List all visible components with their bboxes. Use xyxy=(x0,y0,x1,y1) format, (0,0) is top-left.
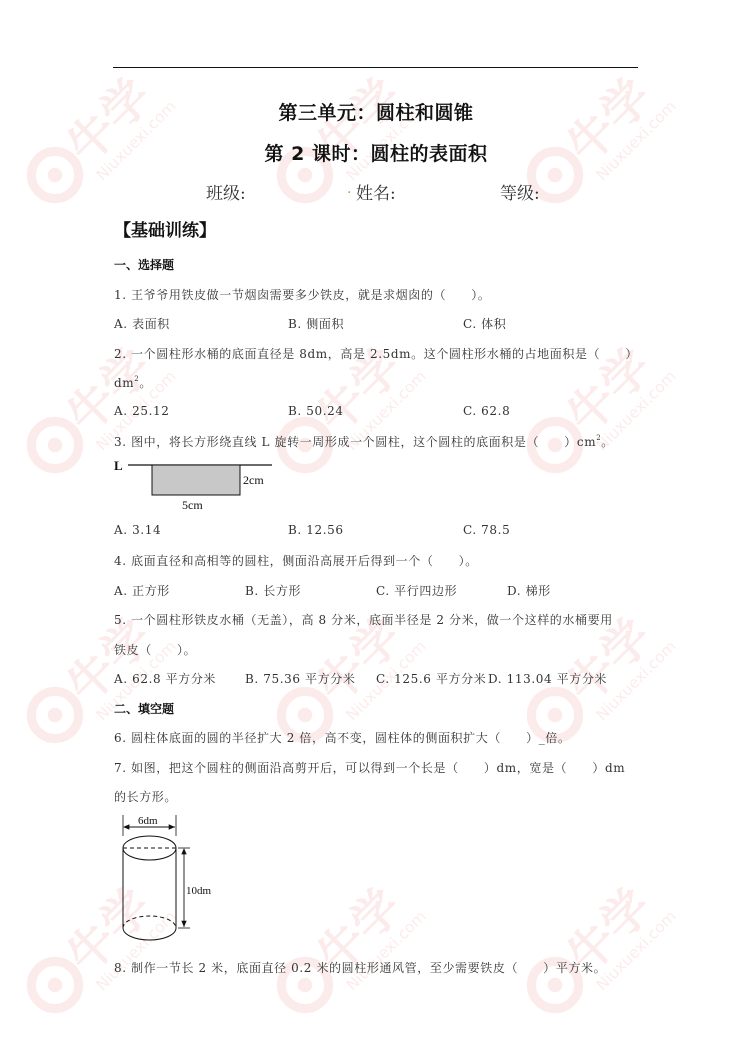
top-ellipse-front xyxy=(123,848,176,860)
q3-option-a: A. 3.14 xyxy=(114,523,161,537)
question-2: 2. 一个圆柱形水桶的底面直径是 8dm，高是 2.5dm。这个圆柱形水桶的占地… xyxy=(114,345,638,362)
punctuation: 。 xyxy=(601,435,614,449)
question-text: 一个圆柱形水桶的底面直径是 8dm，高是 2.5dm。这个圆柱形水桶的占地面积是… xyxy=(131,347,638,361)
q2-option-b: B. 50.24 xyxy=(288,404,344,418)
punctuation: 。 xyxy=(139,376,152,390)
question-number: 5. xyxy=(114,613,127,627)
class-label: 班级: xyxy=(206,179,246,204)
worksheet-page: 第三单元：圆柱和圆锥 第 2 课时：圆柱的表面积 班级: . 姓名: 等级: 【… xyxy=(0,0,752,1064)
question-number: 2. xyxy=(114,347,127,361)
grade-label: 等级: xyxy=(500,179,540,204)
q1-option-c: C. 体积 xyxy=(463,315,506,332)
question-text: 制作一节长 2 米，底面直径 0.2 米的圆柱形通风管，至少需要铁皮（ ）平方米… xyxy=(131,961,606,975)
q3-option-c: C. 78.5 xyxy=(463,523,510,537)
question-3: 3. 图中，将长方形绕直线 L 旋转一周形成一个圆柱，这个圆柱的底面积是（ ）c… xyxy=(114,433,614,450)
info-dot: . xyxy=(347,181,351,197)
question-5: 5. 一个圆柱形铁皮水桶（无盖），高 8 分米，底面半径是 2 分米，做一个这样… xyxy=(114,611,613,628)
q4-option-b: B. 长方形 xyxy=(245,582,301,599)
question-2-cont: dm2。 xyxy=(114,374,152,391)
q3-option-b: B. 12.56 xyxy=(288,523,344,537)
section-title: 【基础训练】 xyxy=(114,216,216,241)
unit-text: dm xyxy=(114,376,134,390)
unit-title: 第三单元：圆柱和圆锥 xyxy=(0,98,752,125)
question-text: 一个圆柱形铁皮水桶（无盖），高 8 分米，底面半径是 2 分米，做一个这样的水桶… xyxy=(131,613,613,627)
question-number: 4. xyxy=(114,554,127,568)
width-label: 5cm xyxy=(182,498,203,512)
question-5-cont: 铁皮（ ）。 xyxy=(114,641,196,658)
name-label: 姓名: xyxy=(356,179,396,204)
gray-rectangle xyxy=(152,465,240,495)
question-6: 6. 圆柱体底面的圆的半径扩大 2 倍，高不变，圆柱体的侧面积扩大（ ）_倍。 xyxy=(114,729,571,746)
bottom-ellipse-front xyxy=(123,928,176,940)
question-number: 8. xyxy=(114,961,127,975)
q5-option-d: D. 113.04 平方分米 xyxy=(488,670,607,687)
header-rule xyxy=(113,67,638,68)
q4-option-a: A. 正方形 xyxy=(114,582,170,599)
q2-option-a: A. 25.12 xyxy=(114,404,169,418)
question-number: 3. xyxy=(114,435,127,449)
q2-option-c: C. 62.8 xyxy=(463,404,510,418)
q4-option-c: C. 平行四边形 xyxy=(376,582,457,599)
part2-heading: 二、填空题 xyxy=(114,700,174,717)
question-text: 底面直径和高相等的圆柱，侧面沿高展开后得到一个（ ）。 xyxy=(131,554,478,568)
q5-option-c: C. 125.6 平方分米 xyxy=(376,670,486,687)
question-4: 4. 底面直径和高相等的圆柱，侧面沿高展开后得到一个（ ）。 xyxy=(114,552,478,569)
question-number: 7. xyxy=(114,761,127,775)
axis-label: L xyxy=(114,458,123,473)
question-8: 8. 制作一节长 2 米，底面直径 0.2 米的圆柱形通风管，至少需要铁皮（ ）… xyxy=(114,959,606,976)
height-label: 10dm xyxy=(186,885,212,897)
q1-option-b: B. 侧面积 xyxy=(288,315,344,332)
q4-option-d: D. 梯形 xyxy=(507,582,551,599)
q5-option-b: B. 75.36 平方分米 xyxy=(245,670,355,687)
question-number: 1. xyxy=(114,288,127,302)
top-ellipse-back xyxy=(123,836,176,848)
question-7: 7. 如图，把这个圆柱的侧面沿高剪开后，可以得到一个长是（ ）dm，宽是（ ）d… xyxy=(114,759,625,776)
rectangle-rotation-figure: L 2cm 5cm xyxy=(108,455,288,515)
height-label: 2cm xyxy=(243,473,264,487)
q5-option-a: A. 62.8 平方分米 xyxy=(114,670,216,687)
question-text: 如图，把这个圆柱的侧面沿高剪开后，可以得到一个长是（ ）dm，宽是（ ）dm xyxy=(131,761,625,775)
part1-heading: 一、选择题 xyxy=(114,256,174,273)
question-text: 圆柱体底面的圆的半径扩大 2 倍，高不变，圆柱体的侧面积扩大（ ）_倍。 xyxy=(131,731,570,745)
question-text: 图中，将长方形绕直线 L 旋转一周形成一个圆柱，这个圆柱的底面积是（ ）cm xyxy=(131,435,596,449)
question-number: 6. xyxy=(114,731,127,745)
bottom-ellipse-back xyxy=(123,916,176,928)
question-text: 王爷爷用铁皮做一节烟囱需要多少铁皮，就是求烟囱的（ ）。 xyxy=(131,288,490,302)
diameter-label: 6dm xyxy=(138,815,158,827)
question-7-cont: 的长方形。 xyxy=(114,788,177,805)
lesson-title: 第 2 课时：圆柱的表面积 xyxy=(0,139,752,166)
q1-option-a: A. 表面积 xyxy=(114,315,170,332)
cylinder-figure: 6dm 10dm xyxy=(110,810,220,950)
question-1: 1. 王爷爷用铁皮做一节烟囱需要多少铁皮，就是求烟囱的（ ）。 xyxy=(114,286,490,303)
